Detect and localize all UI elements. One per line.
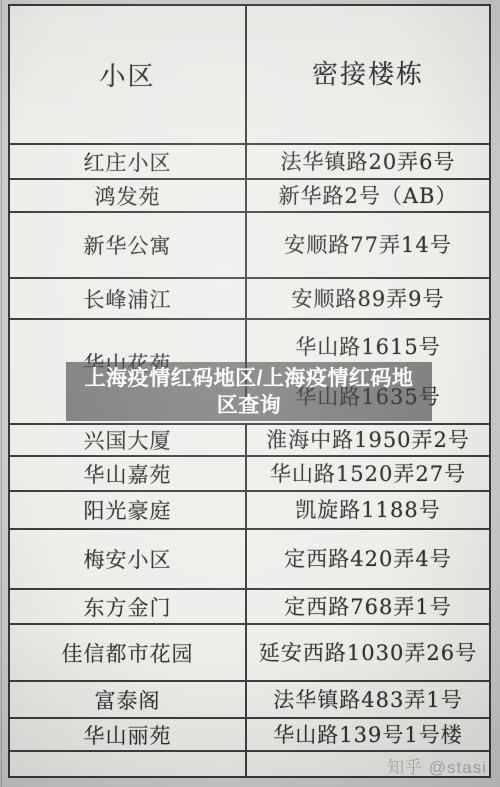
community-cell: 阳光豪庭: [10, 492, 247, 528]
address-cell: 淮海中路1950弄2号: [247, 425, 489, 455]
address-cell: 法华镇路483弄1号: [247, 682, 489, 717]
community-cell: 富泰阁: [10, 682, 247, 717]
address-cell: 华山路139号1号楼: [247, 719, 489, 750]
community-cell: 梅安小区: [10, 530, 247, 588]
table-row: 红庄小区 法华镇路20弄6号: [10, 145, 489, 180]
address-cell: 法华镇路20弄6号: [247, 145, 489, 178]
table-row: 富泰阁 法华镇路483弄1号: [10, 682, 489, 719]
address-cell: 定西路420弄4号: [247, 530, 489, 588]
address-cell: 华山路1520弄27号: [247, 457, 489, 490]
community-cell: 新华公寓: [10, 213, 247, 277]
community-cell: 鸿发苑: [10, 180, 247, 211]
address-cell: 安顺路77弄14号: [247, 213, 489, 277]
zhihu-watermark: 知乎 @stasi: [387, 753, 487, 778]
community-cell: [10, 752, 247, 776]
address-cell: 安顺路89弄9号: [247, 279, 489, 318]
table-row: 鸿发苑 新华路2号（AB）: [10, 180, 489, 213]
table-row: 新华公寓 安顺路77弄14号: [10, 213, 489, 279]
screenshot-root: 小区 密接楼栋 红庄小区 法华镇路20弄6号 鸿发苑 新华路2号（AB） 新华公…: [0, 0, 500, 787]
table-row: 华山丽苑 华山路139号1号楼: [10, 719, 489, 752]
table-row: 阳光豪庭 凯旋路1188号: [10, 492, 489, 530]
header-building: 密接楼栋: [247, 6, 489, 143]
community-cell: 兴国大厦: [10, 425, 247, 455]
table-row: 华山嘉苑 华山路1520弄27号: [10, 457, 489, 492]
title-overlay-banner: 上海疫情红码地区/上海疫情红码地 区查询: [66, 362, 432, 421]
community-cell: 东方金门: [10, 590, 247, 623]
address-cell: 新华路2号（AB）: [247, 180, 489, 211]
photo-edge-line: [1, 0, 2, 787]
table-row: 兴国大厦 淮海中路1950弄2号: [10, 425, 489, 457]
table-row: 东方金门 定西路768弄1号: [10, 590, 489, 625]
table-header-row: 小区 密接楼栋: [10, 6, 489, 145]
address-cell: 延安西路1030弄26号: [247, 625, 489, 680]
header-community: 小区: [10, 6, 247, 143]
address-cell: 凯旋路1188号: [247, 492, 489, 528]
community-cell: 佳信都市花园: [10, 625, 247, 680]
community-cell: 红庄小区: [10, 145, 247, 178]
table-row: 梅安小区 定西路420弄4号: [10, 530, 489, 590]
table-row: 佳信都市花园 延安西路1030弄26号: [10, 625, 489, 682]
community-cell: 华山丽苑: [10, 719, 247, 750]
community-cell: 华山嘉苑: [10, 457, 247, 490]
overlay-title-text: 上海疫情红码地区/上海疫情红码地 区查询: [85, 365, 414, 419]
address-cell: 定西路768弄1号: [247, 590, 489, 623]
